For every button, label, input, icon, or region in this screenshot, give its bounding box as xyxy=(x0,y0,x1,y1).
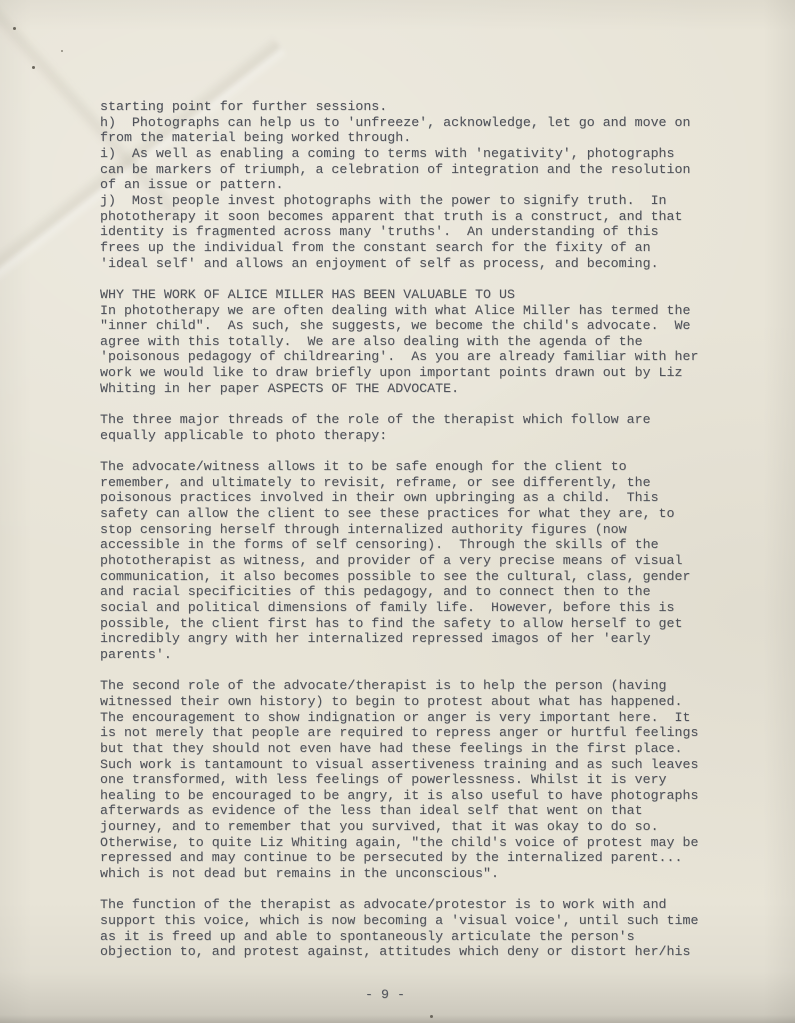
staple-hole xyxy=(13,27,16,30)
staple-hole xyxy=(32,66,35,69)
page-number: - 9 - xyxy=(90,987,680,1003)
paper-speck xyxy=(430,1015,433,1018)
paragraph-advocate-protestor: The function of the therapist as advocat… xyxy=(100,897,725,960)
paragraph-advocate-witness: The advocate/witness allows it to be saf… xyxy=(100,459,725,663)
paragraph-list-items-h-i-j: starting point for further sessions. h) … xyxy=(100,99,725,271)
scanned-page: starting point for further sessions. h) … xyxy=(0,0,795,1023)
paragraph-second-role-protest: The second role of the advocate/therapis… xyxy=(100,678,725,882)
page-body: starting point for further sessions. h) … xyxy=(100,99,725,960)
paragraph-three-threads-intro: The three major threads of the role of t… xyxy=(100,412,725,443)
paper-speck xyxy=(61,50,63,52)
section-heading-alice-miller: WHY THE WORK OF ALICE MILLER HAS BEEN VA… xyxy=(100,287,725,303)
paragraph-inner-child: In phototherapy we are often dealing wit… xyxy=(100,303,725,397)
